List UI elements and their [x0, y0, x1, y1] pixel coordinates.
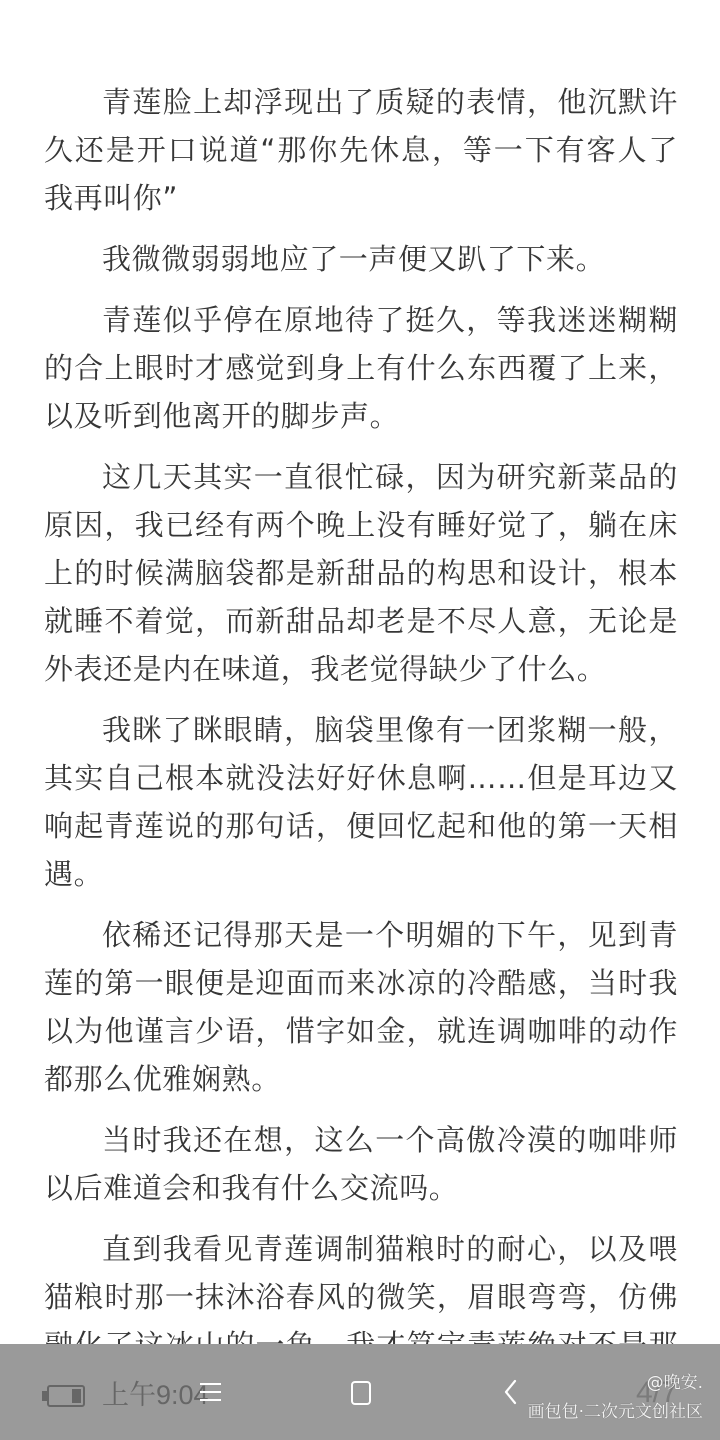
paragraph: 青莲脸上却浮现出了质疑的表情，他沉默许久还是开口说道“那你先休息，等一下有客人了… — [44, 78, 678, 222]
paragraph: 这几天其实一直很忙碌，因为研究新菜品的原因，我已经有两个晚上没有睡好觉了，躺在床… — [44, 453, 678, 693]
battery-level — [72, 1389, 81, 1403]
battery-shell — [47, 1385, 85, 1407]
paragraph: 我眯了眯眼睛，脑袋里像有一团浆糊一般，其实自己根本就没法好好休息啊……但是耳边又… — [44, 706, 678, 898]
watermark-user: @晚安. — [647, 1372, 703, 1394]
paragraph: 当时我还在想，这么一个高傲冷漠的咖啡师以后难道会和我有什么交流吗。 — [44, 1116, 678, 1212]
menu-icon — [200, 1391, 221, 1393]
paragraph: 青莲似乎停在原地待了挺久，等我迷迷糊糊的合上眼时才感觉到身上有什么东西覆了上来，… — [44, 296, 678, 440]
paragraph: 我微微弱弱地应了一声便又趴了下来。 — [44, 235, 678, 283]
paragraph: 依稀还记得那天是一个明媚的下午，见到青莲的第一眼便是迎面而来冰凉的冷酷感，当时我… — [44, 911, 678, 1103]
watermark-site: 画包包·二次元文创社区 — [528, 1400, 703, 1424]
status-time: 上午9:04 — [102, 1378, 209, 1412]
home-button[interactable] — [351, 1381, 371, 1405]
menu-button[interactable] — [200, 1382, 222, 1402]
battery-icon — [42, 1385, 86, 1407]
menu-icon — [200, 1383, 221, 1385]
back-button[interactable] — [500, 1378, 522, 1406]
back-icon — [500, 1378, 522, 1406]
reader-content: 青莲脸上却浮现出了质疑的表情，他沉默许久还是开口说道“那你先休息，等一下有客人了… — [44, 78, 678, 1430]
menu-icon — [200, 1399, 221, 1401]
